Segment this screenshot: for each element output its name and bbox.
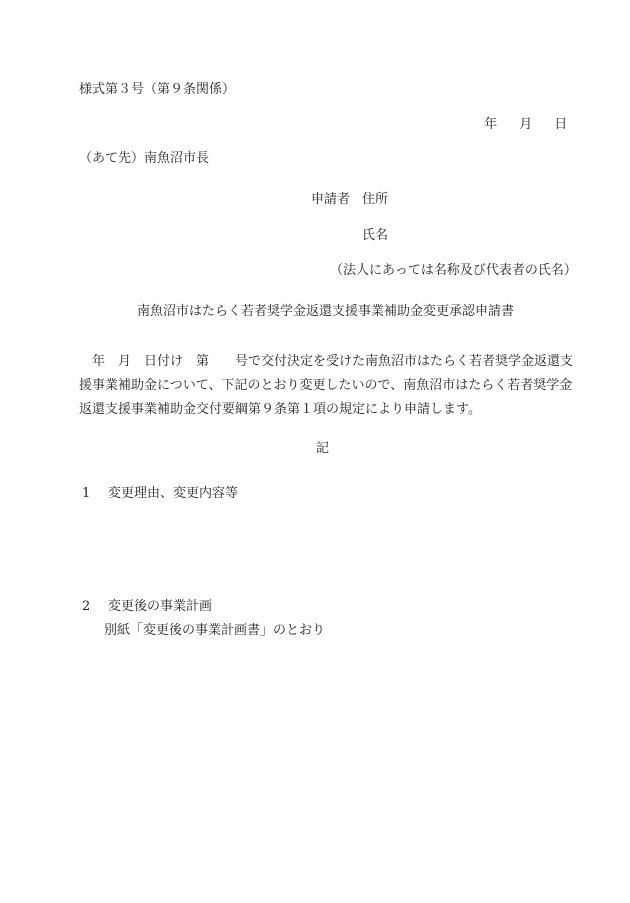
item-number: 2 xyxy=(79,600,108,613)
addressee: （あて先）南魚沼市長 xyxy=(79,152,209,165)
month-label: 月 xyxy=(519,118,532,131)
body-paragraph: 年 月 日付け 第 号で交付決定を受けた南魚沼市はたらく若者奨学金返還支援事業補… xyxy=(79,350,559,422)
applicant-label: 申請者 xyxy=(311,193,350,206)
item-2: 2変更後の事業計画 xyxy=(79,600,212,613)
day-label: 日 xyxy=(554,118,567,131)
name-note: （法人にあっては名称及び代表者の氏名） xyxy=(330,264,577,277)
body-line: 年 月 日付け 第 号で交付決定を受けた南魚沼市はたらく若者奨学金返還支 xyxy=(79,350,559,374)
body-line: 返還支援事業補助金交付要綱第９条第１項の規定により申請します。 xyxy=(79,398,559,422)
item-label: 変更理由、変更内容等 xyxy=(108,486,238,501)
body-line: 援事業補助金について、下記のとおり変更したいので、南魚沼市はたらく若者奨学金 xyxy=(79,374,559,398)
document-page: { "document": { "form_number": "様式第３号（第９… xyxy=(0,0,630,903)
date-line: 年月日 xyxy=(476,105,567,131)
year-label: 年 xyxy=(484,118,497,131)
item-number: 1 xyxy=(79,487,108,500)
ki-heading: 記 xyxy=(316,442,329,455)
address-label: 住所 xyxy=(362,193,388,206)
form-number: 様式第３号（第９条関係） xyxy=(79,83,235,96)
document-title: 南魚沼市はたらく若者奨学金返還支援事業補助金変更承認申請書 xyxy=(137,305,514,318)
item-label: 変更後の事業計画 xyxy=(108,599,212,614)
name-label: 氏名 xyxy=(362,229,388,242)
item-1: 1変更理由、変更内容等 xyxy=(79,487,238,500)
item-2-detail: 別紙「変更後の事業計画書」のとおり xyxy=(104,624,325,637)
